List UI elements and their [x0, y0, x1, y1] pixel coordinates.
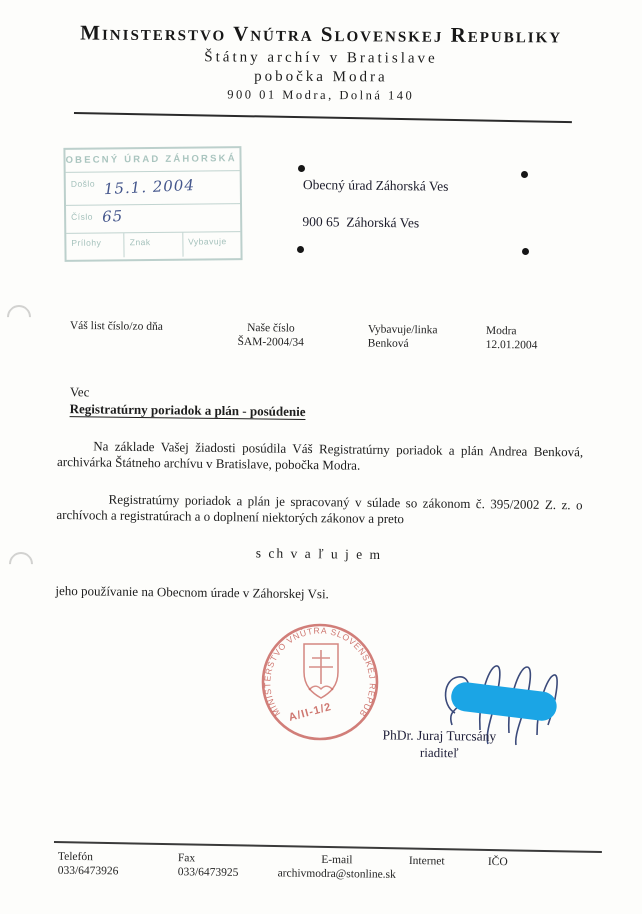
fax-block: Fax 033/6473925 — [178, 851, 239, 880]
window-corner-dot — [297, 246, 304, 253]
decision-word: s ch v a ľ u j e m — [56, 543, 582, 565]
recipient-city: 900 65 Záhorská Ves — [302, 214, 448, 232]
registry-stamp-row-number: Číslo 65 — [66, 203, 240, 233]
stamp-code: A/II-1/2 — [287, 701, 333, 724]
number-label: Číslo — [71, 212, 93, 222]
closing-line: jeho používanie na Obecnom úrade v Záhor… — [55, 583, 581, 605]
your-ref: Váš list číslo/zo dňa — [70, 319, 163, 334]
handler-cell: Vybavuje — [182, 232, 241, 257]
archive-name: Štátny archív v Bratislave — [0, 48, 642, 69]
punch-hole-mark — [4, 547, 38, 581]
signatory-name: PhDr. Juraj Turcsány — [352, 727, 527, 745]
your-ref-label: Váš list číslo/zo dňa — [70, 319, 163, 334]
handler: Vybavuje/linka Benková — [368, 322, 438, 351]
mark-cell: Znak — [124, 233, 183, 258]
ico-block: IČO — [488, 855, 508, 869]
ministry-name: Ministerstvo Vnútra Slovenskej Republiky — [0, 20, 642, 49]
fax-label: Fax — [178, 851, 239, 866]
mark-label: Znak — [130, 237, 151, 247]
signatory: PhDr. Juraj Turcsány riaditeľ — [352, 727, 527, 762]
reference-row: Váš list číslo/zo dňa Naše číslo ŠAM-200… — [0, 318, 642, 326]
handler-value: Benková — [368, 336, 438, 351]
branch-name: pobočka Modra — [0, 67, 642, 88]
our-ref-label: Naše číslo — [226, 321, 316, 336]
header-rule — [74, 112, 572, 123]
punch-hole-mark — [2, 300, 36, 334]
window-corner-dot — [298, 165, 305, 172]
registry-stamp-row-bottom: Prílohy Znak Vybavuje — [66, 231, 240, 258]
place-date: Modra 12.01.2004 — [486, 324, 538, 353]
place: Modra — [486, 324, 538, 339]
date: 12.01.2004 — [486, 338, 538, 353]
email-value: archivmodra@stonline.sk — [252, 866, 422, 882]
internet-block: Internet — [409, 854, 445, 868]
paragraph-2: Registratúrny poriadok a plán je spracov… — [56, 491, 582, 529]
fax-value: 033/6473925 — [178, 865, 239, 880]
window-corner-dot — [522, 248, 529, 255]
recipient-name: Obecný úrad Záhorská Ves — [303, 177, 449, 195]
phone-label: Telefón — [58, 850, 119, 865]
handler-label: Vybavuje/linka — [368, 322, 438, 337]
recipient-address: Obecný úrad Záhorská Ves 900 65 Záhorská… — [302, 177, 448, 232]
window-corner-dot — [521, 171, 528, 178]
attachments-label: Prílohy — [71, 238, 101, 248]
registry-stamp-row-received: Došlo 15.1. 2004 — [66, 170, 240, 205]
scanned-letter-page: Ministerstvo Vnútra Slovenskej Republiky… — [0, 0, 642, 914]
paragraph-1: Na základe Vašej žiadosti posúdila Váš R… — [57, 438, 583, 476]
number-handwritten: 65 — [102, 207, 124, 226]
email-block: E-mail archivmodra@stonline.sk — [252, 852, 422, 882]
our-ref-value: ŠAM-2004/34 — [226, 335, 316, 350]
letterhead-address: 900 01 Modra, Dolná 140 — [0, 86, 642, 105]
received-date-label: Došlo — [71, 179, 95, 189]
handler-cell-label: Vybavuje — [188, 236, 227, 246]
letter-body: Vec Registratúrny poriadok a plán - posú… — [55, 384, 584, 605]
signatory-title: riaditeľ — [352, 744, 527, 762]
marker-redaction — [450, 681, 559, 723]
phone-block: Telefón 033/6473926 — [58, 850, 119, 879]
registry-stamp-office: OBECNÝ ÚRAD ZÁHORSKÁ VES — [65, 148, 239, 172]
attachments-cell: Prílohy — [66, 233, 124, 258]
footer-rule — [54, 841, 602, 853]
phone-value: 033/6473926 — [58, 864, 119, 879]
incoming-registry-stamp: OBECNÝ ÚRAD ZÁHORSKÁ VES Došlo 15.1. 200… — [63, 146, 242, 262]
internet-label: Internet — [409, 854, 445, 868]
ico-label: IČO — [488, 855, 508, 869]
letterhead: Ministerstvo Vnútra Slovenskej Republiky… — [0, 20, 642, 105]
our-ref: Naše číslo ŠAM-2004/34 — [226, 321, 316, 350]
received-date-handwritten: 15.1. 2004 — [103, 176, 195, 198]
